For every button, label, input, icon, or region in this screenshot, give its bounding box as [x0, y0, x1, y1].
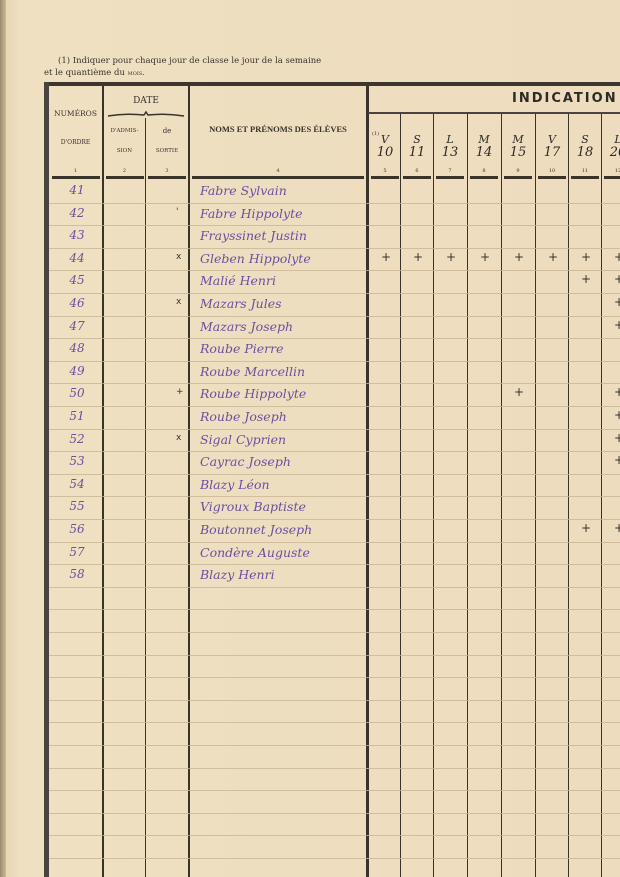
- absence-mark: +: [614, 431, 620, 445]
- col-num-day: 8: [468, 168, 500, 174]
- student-name: Malié Henri: [200, 273, 276, 288]
- col-num-day: 12: [602, 168, 620, 174]
- row-rule: [49, 835, 620, 836]
- day-header-underline: [504, 176, 532, 179]
- student-name: Mazars Jules: [200, 296, 282, 311]
- student-name: Cayrac Joseph: [200, 454, 291, 469]
- student-number: 47: [52, 319, 102, 333]
- absence-mark: +: [514, 385, 524, 399]
- col-num-4: 4: [190, 168, 366, 174]
- header-dordre: D'ORDRE: [49, 139, 102, 146]
- sortie-mark: x: [176, 297, 181, 307]
- day-header-underline: [470, 176, 498, 179]
- absence-mark: +: [581, 250, 591, 264]
- student-number: 43: [52, 228, 102, 242]
- row-rule: [49, 632, 620, 633]
- row-rule: [49, 293, 620, 294]
- indication-rule: [368, 112, 620, 114]
- col-divider-1: [102, 86, 104, 877]
- student-number: 52: [52, 432, 102, 446]
- row-rule: [49, 429, 620, 430]
- day-date: 17: [536, 146, 568, 160]
- absence-mark: +: [581, 521, 591, 535]
- student-number: 46: [52, 296, 102, 310]
- row-rule: [49, 722, 620, 723]
- day-date: 20: [602, 146, 620, 160]
- row-rule: [49, 542, 620, 543]
- day-header-underline: [538, 176, 566, 179]
- header-admission-1: D'ADMIS-: [104, 128, 145, 134]
- header-underline-3: [148, 176, 186, 179]
- day-date: 13: [434, 146, 466, 160]
- row-rule: [49, 564, 620, 565]
- student-name: Gleben Hippolyte: [200, 251, 311, 266]
- header-noms: NOMS ET PRÉNOMS DES ÉLÈVES: [190, 124, 366, 134]
- student-number: 58: [52, 567, 102, 581]
- col-num-day: 5: [369, 168, 401, 174]
- day-header-1: V10: [369, 134, 401, 160]
- register-page: (1) Indiquer pour chaque jour de classe …: [0, 0, 620, 877]
- sortie-mark: +: [176, 387, 184, 397]
- absence-mark: +: [548, 250, 558, 264]
- day-date: 10: [369, 146, 401, 160]
- row-rule: [49, 700, 620, 701]
- header-date: DATE: [104, 96, 188, 106]
- absence-mark: +: [614, 453, 620, 467]
- day-header-underline: [571, 176, 599, 179]
- student-name: Roube Pierre: [200, 341, 284, 356]
- footnote-line-1: (1) Indiquer pour chaque jour de classe …: [44, 55, 321, 67]
- student-name: Fabre Sylvain: [200, 183, 287, 198]
- row-rule: [49, 813, 620, 814]
- day-date: 11: [401, 146, 433, 160]
- day-date: 15: [502, 146, 534, 160]
- table-frame-top: [44, 82, 620, 86]
- header-numeros: NUMÉROS: [49, 109, 102, 118]
- absence-mark: +: [581, 272, 591, 286]
- row-rule: [49, 745, 620, 746]
- absence-mark: +: [614, 521, 620, 535]
- row-rule: [49, 451, 620, 452]
- day-header-underline: [604, 176, 620, 179]
- absence-mark: +: [614, 295, 620, 309]
- day-header-7: S18: [569, 134, 601, 160]
- col-num-1: 1: [49, 168, 102, 174]
- row-rule: [49, 768, 620, 769]
- absence-mark: +: [614, 385, 620, 399]
- student-number: 56: [52, 522, 102, 536]
- student-number: 57: [52, 545, 102, 559]
- col-num-day: 11: [569, 168, 601, 174]
- row-rule: [49, 225, 620, 226]
- absence-mark: +: [614, 408, 620, 422]
- absence-mark: +: [446, 250, 456, 264]
- student-number: 55: [52, 499, 102, 513]
- absence-mark: +: [514, 250, 524, 264]
- row-rule: [49, 587, 620, 588]
- day-header-6: V17: [536, 134, 568, 160]
- header-underline-4: [192, 176, 364, 179]
- absence-mark: +: [614, 318, 620, 332]
- col-divider-3: [188, 86, 190, 877]
- day-header-underline: [371, 176, 399, 179]
- col-num-day: 9: [502, 168, 534, 174]
- row-rule: [49, 203, 620, 204]
- student-number: 41: [52, 183, 102, 197]
- day-header-underline: [403, 176, 431, 179]
- row-rule: [49, 316, 620, 317]
- col-num-3: 3: [146, 168, 188, 174]
- student-number: 49: [52, 364, 102, 378]
- student-number: 50: [52, 386, 102, 400]
- table-frame-left: [44, 82, 49, 877]
- absence-mark: +: [614, 272, 620, 286]
- row-rule: [49, 519, 620, 520]
- row-rule: [49, 361, 620, 362]
- student-name: Roube Hippolyte: [200, 386, 306, 401]
- day-header-underline: [436, 176, 464, 179]
- header-underline-2: [106, 176, 144, 179]
- student-number: 45: [52, 273, 102, 287]
- row-rule: [49, 338, 620, 339]
- row-rule: [49, 270, 620, 271]
- header-underline-1: [52, 176, 100, 179]
- sortie-mark: ': [176, 207, 178, 217]
- footnote: (1) Indiquer pour chaque jour de classe …: [44, 55, 321, 79]
- student-name: Vigroux Baptiste: [200, 499, 306, 514]
- row-rule: [49, 474, 620, 475]
- col-num-day: 10: [536, 168, 568, 174]
- absence-mark: +: [381, 250, 391, 264]
- day-header-3: L13: [434, 134, 466, 160]
- row-rule: [49, 790, 620, 791]
- day-date: 18: [569, 146, 601, 160]
- student-number: 53: [52, 454, 102, 468]
- student-name: Sigal Cyprien: [200, 432, 286, 447]
- student-name: Fabre Hippolyte: [200, 206, 303, 221]
- row-rule: [49, 406, 620, 407]
- row-rule: [49, 655, 620, 656]
- day-header-2: S11: [401, 134, 433, 160]
- absence-mark: +: [614, 250, 620, 264]
- sortie-mark: x: [176, 252, 181, 262]
- col-divider-2: [145, 118, 146, 877]
- student-number: 44: [52, 251, 102, 265]
- absence-mark: +: [413, 250, 423, 264]
- col-num-day: 7: [434, 168, 466, 174]
- day-date: 14: [468, 146, 500, 160]
- day-header-8: L20: [602, 134, 620, 160]
- col-num-2: 2: [104, 168, 145, 174]
- sortie-mark: x: [176, 433, 181, 443]
- row-rule: [49, 496, 620, 497]
- col-divider-4: [366, 86, 369, 877]
- page-edge: [0, 0, 6, 877]
- header-admission-2: SION: [104, 148, 145, 154]
- student-name: Blazy Henri: [200, 567, 275, 582]
- col-num-day: 6: [401, 168, 433, 174]
- header-sortie-2: SORTIE: [146, 148, 188, 154]
- row-rule: [49, 609, 620, 610]
- row-rule: [49, 248, 620, 249]
- absence-mark: +: [480, 250, 490, 264]
- student-number: 42: [52, 206, 102, 220]
- row-rule: [49, 383, 620, 384]
- row-rule: [49, 677, 620, 678]
- header-indication: INDICATION: [512, 91, 618, 106]
- student-name: Blazy Léon: [200, 477, 270, 492]
- student-number: 51: [52, 409, 102, 423]
- date-brace-icon: [106, 110, 186, 120]
- student-number: 54: [52, 477, 102, 491]
- day-header-4: M14: [468, 134, 500, 160]
- student-number: 48: [52, 341, 102, 355]
- day-header-5: M15: [502, 134, 534, 160]
- student-name: Frayssinet Justin: [200, 228, 307, 243]
- student-name: Boutonnet Joseph: [200, 522, 312, 537]
- student-name: Roube Marcellin: [200, 364, 305, 379]
- footnote-line-2: et le quantième du mois.: [44, 67, 321, 79]
- student-name: Roube Joseph: [200, 409, 287, 424]
- header-sortie-1: de: [146, 127, 188, 135]
- student-name: Mazars Joseph: [200, 319, 293, 334]
- row-rule: [49, 858, 620, 859]
- student-name: Condère Auguste: [200, 545, 310, 560]
